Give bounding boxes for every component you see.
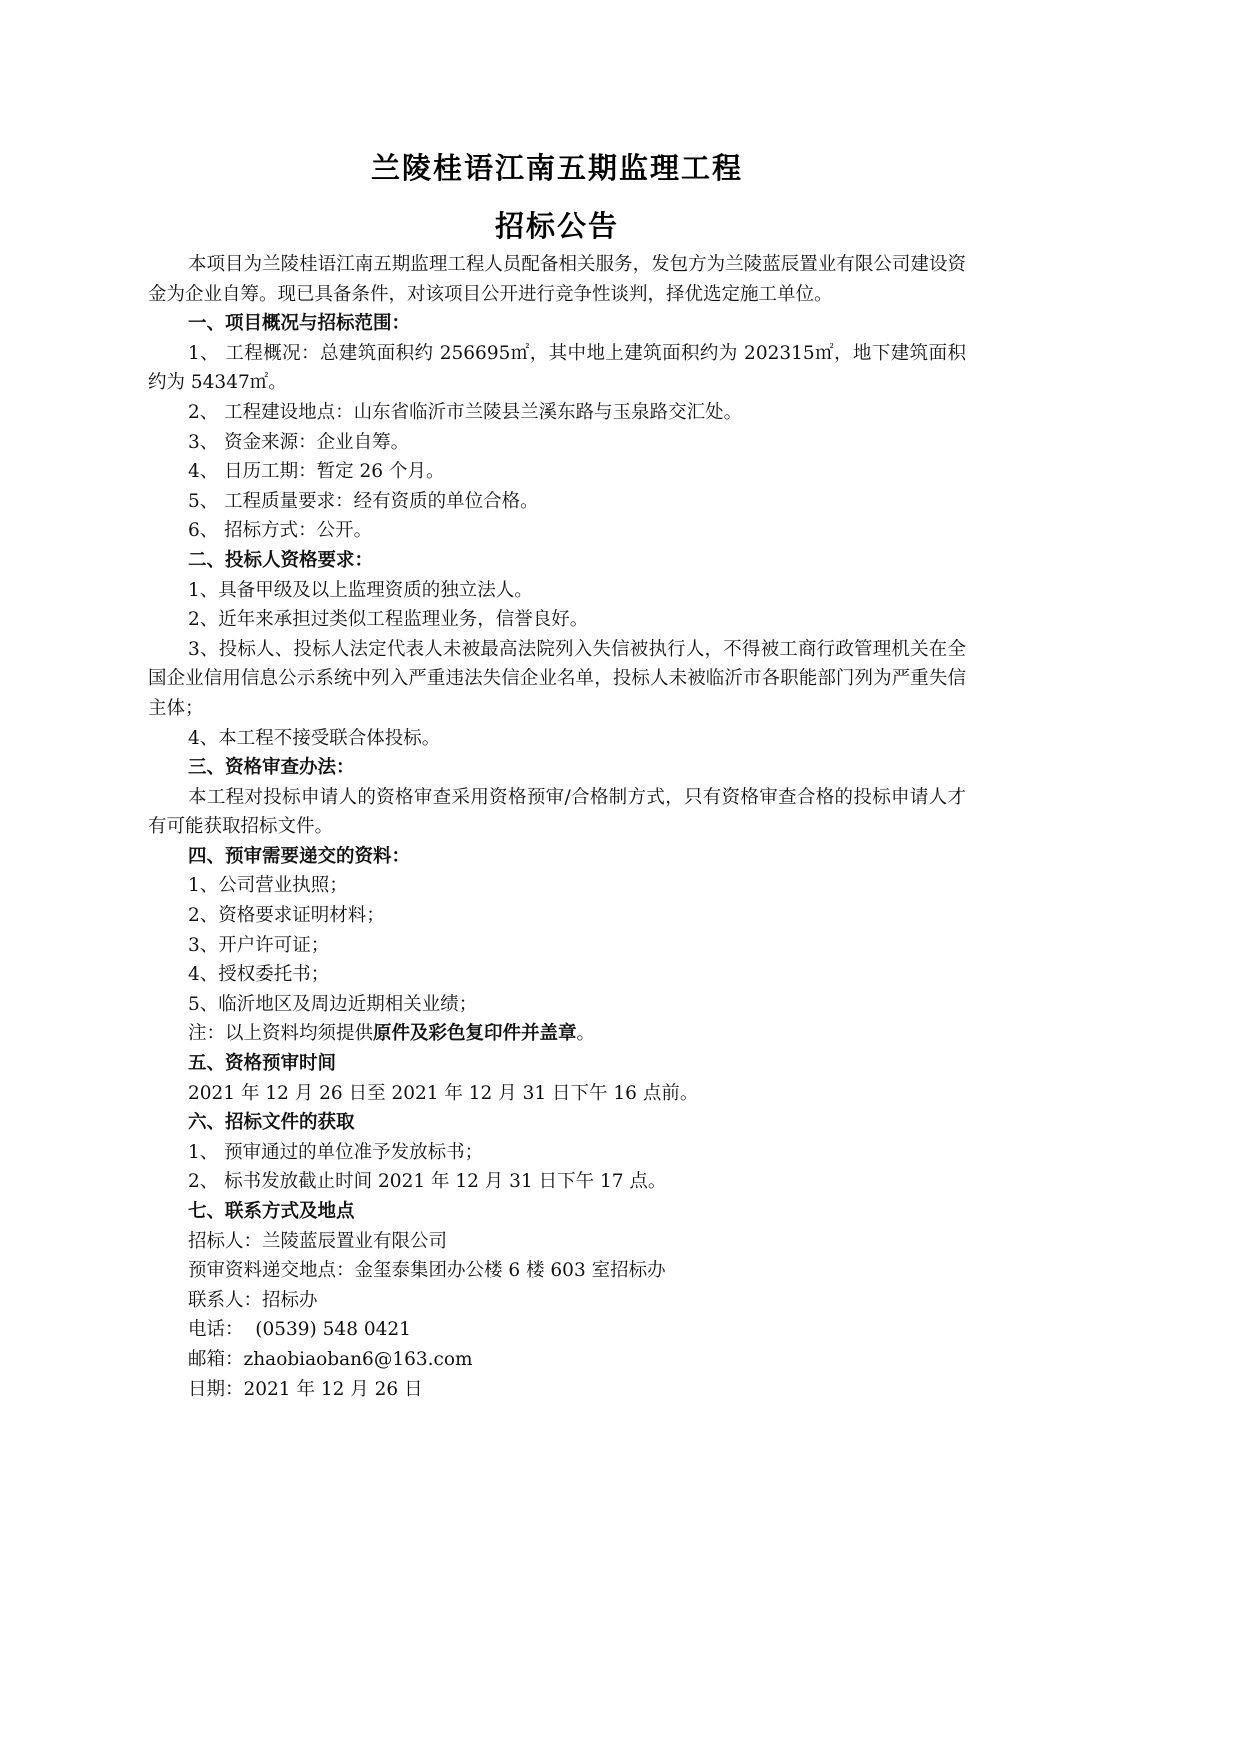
section-heading: 四、预审需要递交的资料： [148, 842, 966, 872]
list-item: 4、本工程不接受联合体投标。 [148, 724, 966, 754]
contact-person: 联系人：招标办 [148, 1286, 966, 1316]
list-item: 3、 资金来源：企业自筹。 [148, 428, 966, 458]
section-prequalification-time: 五、资格预审时间 2021 年 12 月 26 日至 2021 年 12 月 3… [148, 1049, 966, 1108]
list-item: 2、近年来承担过类似工程监理业务，信誉良好。 [148, 605, 966, 635]
list-item: 1、具备甲级及以上监理资质的独立法人。 [148, 576, 966, 606]
list-item: 4、授权委托书； [148, 960, 966, 990]
note-suffix: 。 [577, 1023, 596, 1044]
list-item: 1、 工程概况：总建筑面积约 256695㎡，其中地上建筑面积约为 202315… [148, 339, 966, 398]
email: 邮箱：zhaobiaoban6@163.com [148, 1345, 966, 1375]
date: 日期：2021 年 12 月 26 日 [148, 1375, 966, 1405]
paragraph: 2021 年 12 月 26 日至 2021 年 12 月 31 日下午 16 … [148, 1079, 966, 1109]
section-bid-document-acquisition: 六、招标文件的获取 1、 预审通过的单位准予发放标书； 2、 标书发放截止时间 … [148, 1108, 966, 1197]
section-heading: 二、投标人资格要求： [148, 546, 966, 576]
list-item: 1、公司营业执照； [148, 871, 966, 901]
section-required-documents: 四、预审需要递交的资料： 1、公司营业执照； 2、资格要求证明材料； 3、开户许… [148, 842, 966, 1049]
list-item: 1、 预审通过的单位准予发放标书； [148, 1138, 966, 1168]
list-item: 2、 工程建设地点：山东省临沂市兰陵县兰溪东路与玉泉路交汇处。 [148, 398, 966, 428]
section-heading: 三、资格审查办法： [148, 753, 966, 783]
list-item: 3、开户许可证； [148, 931, 966, 961]
list-item: 6、 招标方式：公开。 [148, 516, 966, 546]
paragraph: 本工程对投标申请人的资格审查采用资格预审/合格制方式，只有资格审查合格的投标申请… [148, 783, 966, 842]
intro-paragraph: 本项目为兰陵桂语江南五期监理工程人员配备相关服务，发包方为兰陵蓝辰置业有限公司建… [148, 250, 966, 309]
section-qualification-review: 三、资格审查办法： 本工程对投标申请人的资格审查采用资格预审/合格制方式，只有资… [148, 753, 966, 842]
section-heading: 六、招标文件的获取 [148, 1108, 966, 1138]
phone: 电话： (0539) 548 0421 [148, 1315, 966, 1345]
list-item: 5、 工程质量要求：经有资质的单位合格。 [148, 487, 966, 517]
list-item: 5、临沂地区及周边近期相关业绩； [148, 990, 966, 1020]
section-bidder-qualifications: 二、投标人资格要求： 1、具备甲级及以上监理资质的独立法人。 2、近年来承担过类… [148, 546, 966, 753]
section-project-overview: 一、项目概况与招标范围： 1、 工程概况：总建筑面积约 256695㎡，其中地上… [148, 309, 966, 546]
document-body: 本项目为兰陵桂语江南五期监理工程人员配备相关服务，发包方为兰陵蓝辰置业有限公司建… [148, 250, 966, 1404]
list-item: 2、资格要求证明材料； [148, 901, 966, 931]
list-item: 3、投标人、投标人法定代表人未被最高法院列入失信被执行人，不得被工商行政管理机关… [148, 635, 966, 724]
section-contact-info: 七、联系方式及地点 招标人：兰陵蓝辰置业有限公司 预审资料递交地点：金玺泰集团办… [148, 1197, 966, 1404]
tenderer: 招标人：兰陵蓝辰置业有限公司 [148, 1227, 966, 1257]
list-item: 4、 日历工期：暂定 26 个月。 [148, 457, 966, 487]
note-emphasis: 原件及彩色复印件并盖章 [373, 1023, 577, 1044]
note-prefix: 注：以上资料均须提供 [188, 1023, 373, 1044]
document-subtitle: 招标公告 [148, 204, 966, 245]
section-heading: 一、项目概况与招标范围： [148, 309, 966, 339]
submission-location: 预审资料递交地点：金玺泰集团办公楼 6 楼 603 室招标办 [148, 1256, 966, 1286]
document-title: 兰陵桂语江南五期监理工程 [148, 146, 966, 187]
note: 注：以上资料均须提供原件及彩色复印件并盖章。 [148, 1019, 966, 1049]
section-heading: 五、资格预审时间 [148, 1049, 966, 1079]
section-heading: 七、联系方式及地点 [148, 1197, 966, 1227]
list-item: 2、 标书发放截止时间 2021 年 12 月 31 日下午 17 点。 [148, 1167, 966, 1197]
